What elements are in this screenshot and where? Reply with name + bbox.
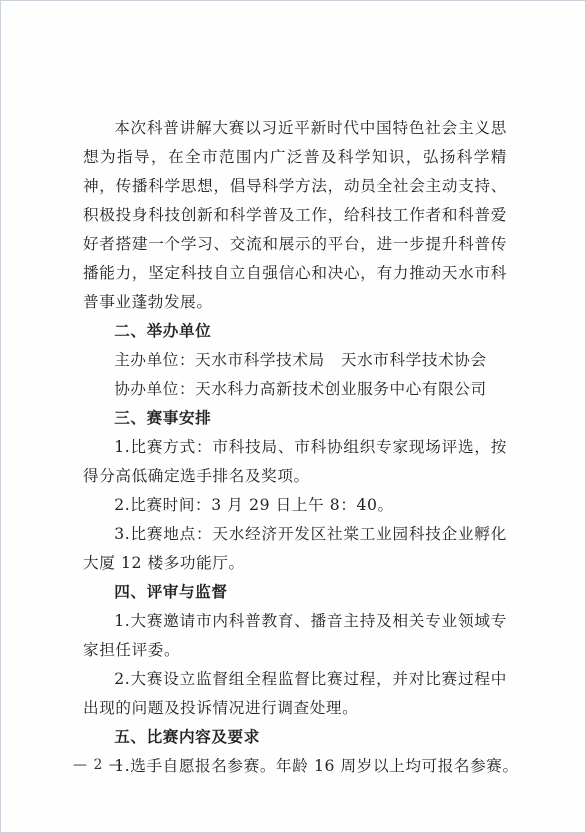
intro-paragraph: 本次科普讲解大赛以习近平新时代中国特色社会主义思想为指导，在全市范围内广泛普及科… <box>83 114 507 317</box>
competition-venue: 3.比赛地点：天水经济开发区社棠工业园科技企业孵化大厦 12 楼多功能厅。 <box>83 520 507 578</box>
co-host-units: 协办单位：天水科力高新技术创业服务中心有限公司 <box>83 375 507 404</box>
section-heading-schedule: 三、赛事安排 <box>83 404 507 433</box>
registration-requirement: 1.选手自愿报名参赛。年龄 16 周岁以上均可报名参赛。 <box>83 752 507 781</box>
competition-time: 2.比赛时间：3 月 29 日上午 8：40。 <box>83 491 507 520</box>
supervision-info: 2.大赛设立监督组全程监督比赛过程，并对比赛过程中出现的问题及投诉情况进行调查处… <box>83 665 507 723</box>
competition-method: 1.比赛方式：市科技局、市科协组织专家现场评选，按得分高低确定选手排名及奖项。 <box>83 433 507 491</box>
document-body: 本次科普讲解大赛以习近平新时代中国特色社会主义思想为指导，在全市范围内广泛普及科… <box>83 114 507 781</box>
section-heading-organizers: 二、举办单位 <box>83 317 507 346</box>
section-heading-requirements: 五、比赛内容及要求 <box>83 723 507 752</box>
host-units: 主办单位：天水市科学技术局 天水市科学技术协会 <box>83 346 507 375</box>
judges-info: 1.大赛邀请市内科普教育、播音主持及相关专业领域专家担任评委。 <box>83 607 507 665</box>
page-number: — 2 — <box>73 757 124 773</box>
section-heading-judging: 四、评审与监督 <box>83 578 507 607</box>
document-page: 本次科普讲解大赛以习近平新时代中国特色社会主义思想为指导，在全市范围内广泛普及科… <box>0 0 586 833</box>
